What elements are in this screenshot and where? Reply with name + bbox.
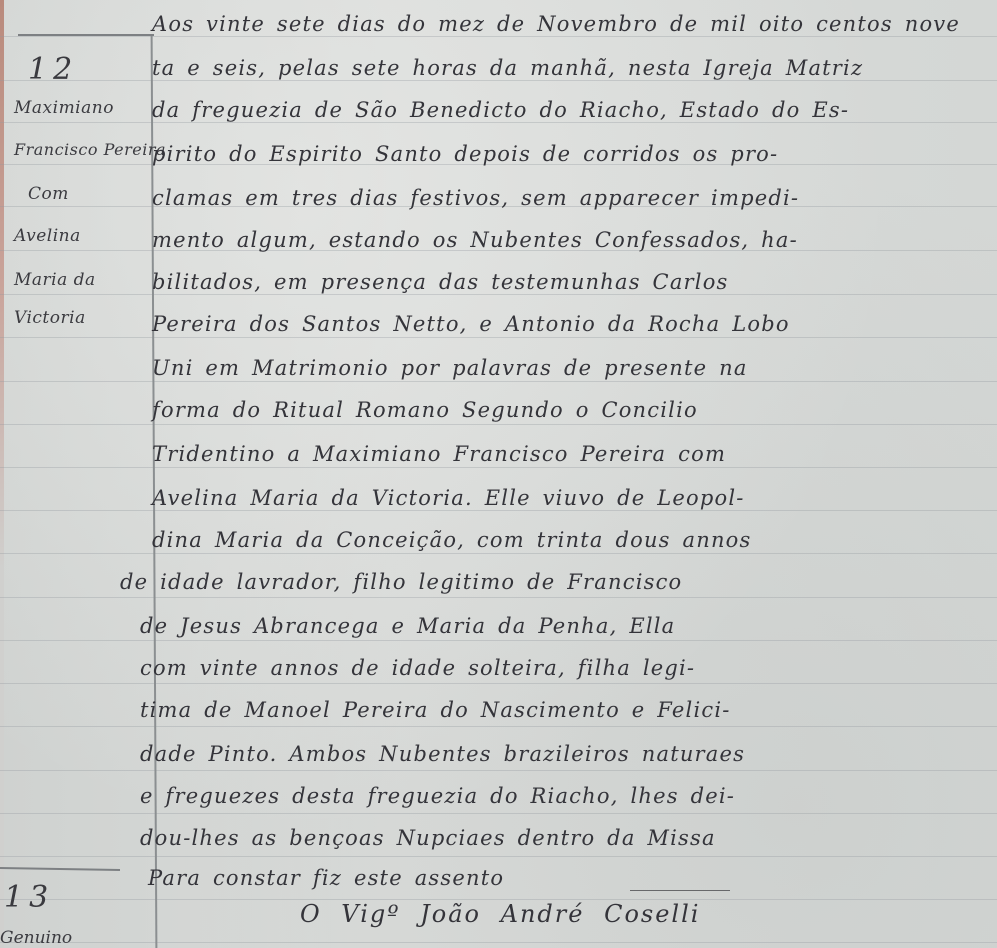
ruled-line: [0, 294, 997, 295]
entry-text-line: de Jesus Abrancega e Maria da Penha, Ell…: [140, 614, 675, 638]
margin-name-line: Francisco Pereira: [14, 140, 166, 159]
ruled-line: [0, 553, 997, 554]
ruled-line: [0, 726, 997, 727]
priest-signature: O Vigº João André Coselli: [300, 900, 700, 928]
ruled-line: [0, 683, 997, 684]
entry-separator: [18, 34, 154, 36]
entry-text-line: Tridentino a Maximiano Francisco Pereira…: [152, 442, 726, 466]
entry-text-line: pirito do Espirito Santo depois de corri…: [152, 142, 778, 166]
ruled-line: [0, 381, 997, 382]
margin-name-line: Victoria: [14, 308, 86, 328]
entry-text-line: bilitados, em presença das testemunhas C…: [152, 270, 729, 294]
entry-text-line: com vinte annos de idade solteira, filha…: [140, 656, 695, 680]
entry-text-line: Para constar fiz este assento: [148, 866, 504, 890]
margin-name-line: Maximiano: [14, 98, 114, 118]
entry-text-line: e freguezes desta freguezia do Riacho, l…: [140, 784, 735, 808]
ruled-line: [0, 80, 997, 81]
margin-name-line: Maria da: [14, 270, 96, 290]
margin-name-partial: Genuino: [0, 928, 72, 948]
ruled-line: [0, 597, 997, 598]
entry-number: 12: [28, 52, 78, 87]
entry-text-line: dina Maria da Conceição, com trinta dous…: [152, 528, 752, 552]
ruled-line: [0, 337, 997, 338]
ruled-line: [0, 770, 997, 771]
ruled-line: [0, 122, 997, 123]
entry-text-line: dou-lhes as bençoas Nupciaes dentro da M…: [140, 826, 716, 850]
entry-text-line: Pereira dos Santos Netto, e Antonio da R…: [152, 312, 790, 336]
ruled-line: [0, 813, 997, 814]
entry-text-line: ta e seis, pelas sete horas da manhã, ne…: [152, 56, 863, 80]
ruled-line: [0, 424, 997, 425]
entry-separator: [0, 867, 120, 871]
entry-text-line: de idade lavrador, filho legitimo de Fra…: [120, 570, 682, 594]
ruled-line: [0, 942, 997, 943]
entry-text-line: forma do Ritual Romano Segundo o Concili…: [152, 398, 698, 422]
ruled-line: [0, 510, 997, 511]
margin-name-line: Avelina: [14, 226, 81, 246]
entry-text-line: da freguezia de São Benedicto do Riacho,…: [152, 98, 849, 122]
entry-text-line: tima de Manoel Pereira do Nascimento e F…: [140, 698, 731, 722]
ink-flourish: [630, 890, 730, 891]
margin-name-line: Com: [28, 184, 69, 204]
entry-number: 13: [4, 880, 54, 915]
ruled-line: [0, 856, 997, 857]
ruled-line: [0, 467, 997, 468]
entry-text-line: dade Pinto. Ambos Nubentes brazileiros n…: [140, 742, 745, 766]
entry-text-line: Uni em Matrimonio por palavras de presen…: [152, 356, 748, 380]
entry-text-line: Avelina Maria da Victoria. Elle viuvo de…: [152, 486, 745, 510]
ruled-line: [0, 36, 997, 37]
entry-text-line: clamas em tres dias festivos, sem appare…: [152, 186, 799, 210]
register-page: 12 Maximiano Francisco Pereira Com Aveli…: [0, 0, 997, 948]
page-edge: [0, 0, 4, 948]
entry-text-line: mento algum, estando os Nubentes Confess…: [152, 228, 798, 252]
ruled-line: [0, 640, 997, 641]
entry-text-line: Aos vinte sete dias do mez de Novembro d…: [152, 12, 960, 36]
